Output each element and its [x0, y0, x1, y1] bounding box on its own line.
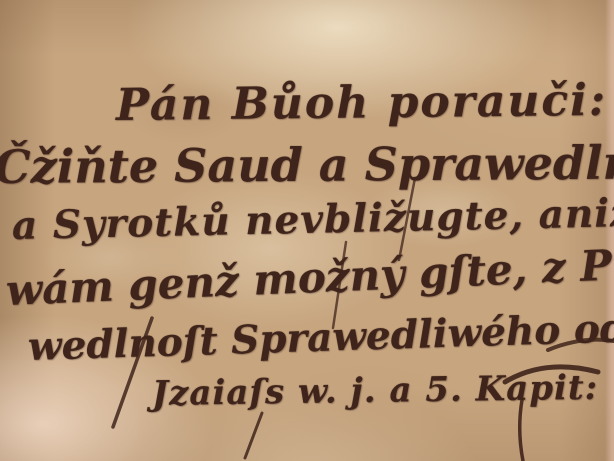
manuscript-line-2: Čžiňte Saud a Sprawedlnoſt Syn — [0, 134, 614, 194]
manuscript-line-6: Jzaiaſs w. j. a 5. Kapit: — [152, 368, 599, 414]
manuscript-photo: Pán Bůoh porauči: Čžiňte Saud a Sprawedl… — [0, 0, 614, 461]
manuscript-line-1: Pán Bůoh porauči: — [116, 75, 608, 131]
